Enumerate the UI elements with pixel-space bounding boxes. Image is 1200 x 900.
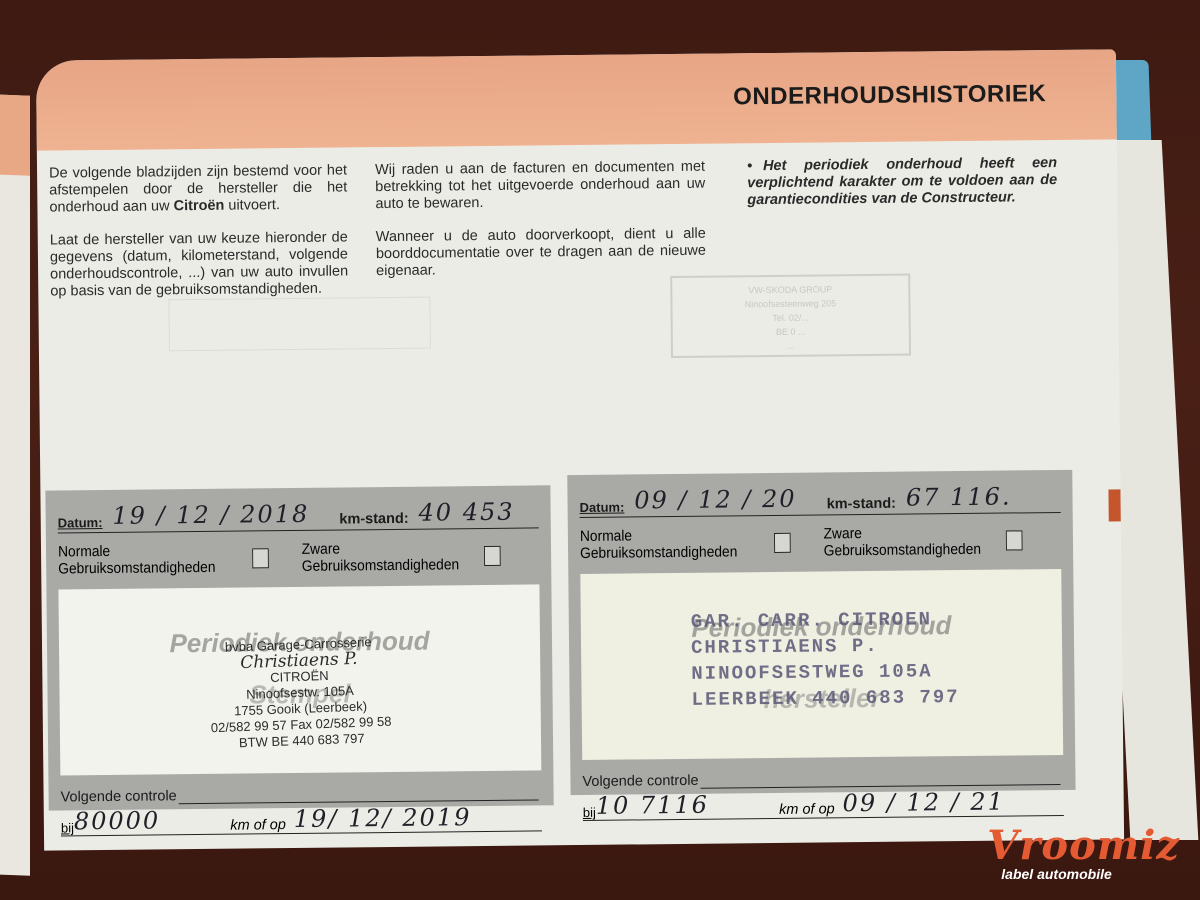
previous-page-edge	[0, 94, 30, 875]
intro-column-2: Wij raden u aan de facturen en documente…	[375, 159, 706, 296]
stamp-line: ...	[673, 338, 909, 354]
warranty-note: •Het periodiek onderhoud heeft een verpl…	[747, 155, 1058, 209]
usage-conditions-row: Normale Gebruiksomstandigheden Zware Geb…	[58, 539, 501, 578]
stamp-line: GAR. CARR. CITROEN	[691, 606, 959, 635]
next-km-value[interactable]: 80000	[74, 806, 161, 835]
date-km-row: Datum: 19 / 12 / 2018 km-stand: 40 453	[58, 497, 539, 533]
maintenance-entry-1: Datum: 19 / 12 / 2018 km-stand: 40 453 N…	[45, 485, 553, 810]
watermark: Vroomiz label automobile	[987, 826, 1180, 882]
intro-paragraph: Wij raden u aan de facturen en documente…	[375, 159, 706, 213]
next-check-label: Volgende controle	[582, 773, 698, 790]
manual-page: ONDERHOUDSHISTORIEK De volgende bladzijd…	[36, 49, 1124, 850]
stamp-area: Periodiek onderhoud Stempel bvba Garage-…	[58, 584, 541, 775]
next-check-values: bij 10 7116 km of op 09 / 12 / 21	[583, 787, 1064, 821]
km-or-on-label: km of op	[779, 801, 835, 818]
datum-value[interactable]: 09 / 12 / 20	[634, 485, 797, 515]
next-date-value[interactable]: 19/ 12/ 2019	[294, 803, 472, 833]
usage-conditions-row: Normale Gebruiksomstandigheden Zware Geb…	[580, 523, 1023, 562]
heavy-use-label: Zware Gebruiksomstandigheden	[302, 539, 479, 575]
km-stand-value[interactable]: 67 116.	[906, 482, 1012, 511]
dealer-stamp: GAR. CARR. CITROEN CHRISTIAENS P. NINOOF…	[691, 606, 960, 713]
bij-label: bij	[61, 820, 74, 835]
text: uitvoert.	[224, 197, 280, 214]
next-date-value[interactable]: 09 / 12 / 21	[842, 788, 1005, 818]
normal-use-checkbox[interactable]	[253, 548, 270, 568]
page-title: ONDERHOUDSHISTORIEK	[733, 80, 1046, 111]
dealer-stamp: bvba Garage-Carrosserie Christiaens P. C…	[58, 628, 543, 758]
text: Het periodiek onderhoud heeft een verpli…	[747, 155, 1057, 208]
intro-column-1: De volgende bladzijden zijn bestemd voor…	[49, 162, 349, 316]
intro-paragraph: Laat de hersteller van uw keuze hieronde…	[50, 229, 349, 300]
stamp-line: LEERBEEK 440 683 797	[691, 684, 959, 713]
intro-paragraph: De volgende bladzijden zijn bestemd voor…	[49, 162, 348, 216]
stamp-line: CHRISTIAENS P.	[691, 632, 959, 661]
faint-dealer-stamp: VW-SKODA GROUP Ninoofsesteenweg 205 Tel.…	[670, 274, 911, 359]
datum-label: Datum:	[58, 515, 103, 530]
km-stand-label: km-stand:	[339, 511, 408, 528]
bij-label: bij	[583, 805, 596, 820]
datum-value[interactable]: 19 / 12 / 2018	[112, 500, 309, 530]
normal-use-label: Normale Gebruiksomstandigheden	[580, 526, 769, 562]
normal-use-checkbox[interactable]	[774, 533, 791, 553]
next-check-label: Volgende controle	[61, 788, 177, 805]
heavy-use-label: Zware Gebruiksomstandigheden	[823, 524, 1000, 560]
faint-stamp-impression	[168, 297, 431, 352]
km-or-on-label: km of op	[230, 817, 286, 834]
heavy-use-checkbox[interactable]	[484, 546, 501, 566]
date-km-row: Datum: 09 / 12 / 20 km-stand: 67 116.	[579, 482, 1060, 518]
normal-use-label: Normale Gebruiksomstandigheden	[58, 541, 247, 577]
km-stand-value[interactable]: 40 453	[418, 498, 514, 527]
next-check-values: bij 80000 km of op 19/ 12/ 2019	[61, 802, 542, 836]
maintenance-entry-2: Datum: 09 / 12 / 20 km-stand: 67 116. No…	[567, 470, 1075, 795]
stamp-line: NINOOFSESTWEG 105A	[691, 658, 959, 687]
datum-label: Datum:	[580, 500, 625, 515]
brand-name: Citroën	[173, 198, 224, 215]
bullet-icon: •	[747, 158, 763, 175]
heavy-use-checkbox[interactable]	[1006, 530, 1023, 550]
watermark-logo: Vroomiz	[987, 826, 1180, 866]
next-km-value[interactable]: 10 7116	[596, 791, 710, 820]
km-stand-label: km-stand:	[827, 496, 896, 513]
intro-column-3: •Het periodiek onderhoud heeft een verpl…	[747, 155, 1058, 225]
stamp-area: Periodiek onderhoud hersteller GAR. CARR…	[580, 569, 1063, 760]
intro-paragraph: Wanneer u de auto doorverkoopt, dient u …	[376, 226, 707, 280]
